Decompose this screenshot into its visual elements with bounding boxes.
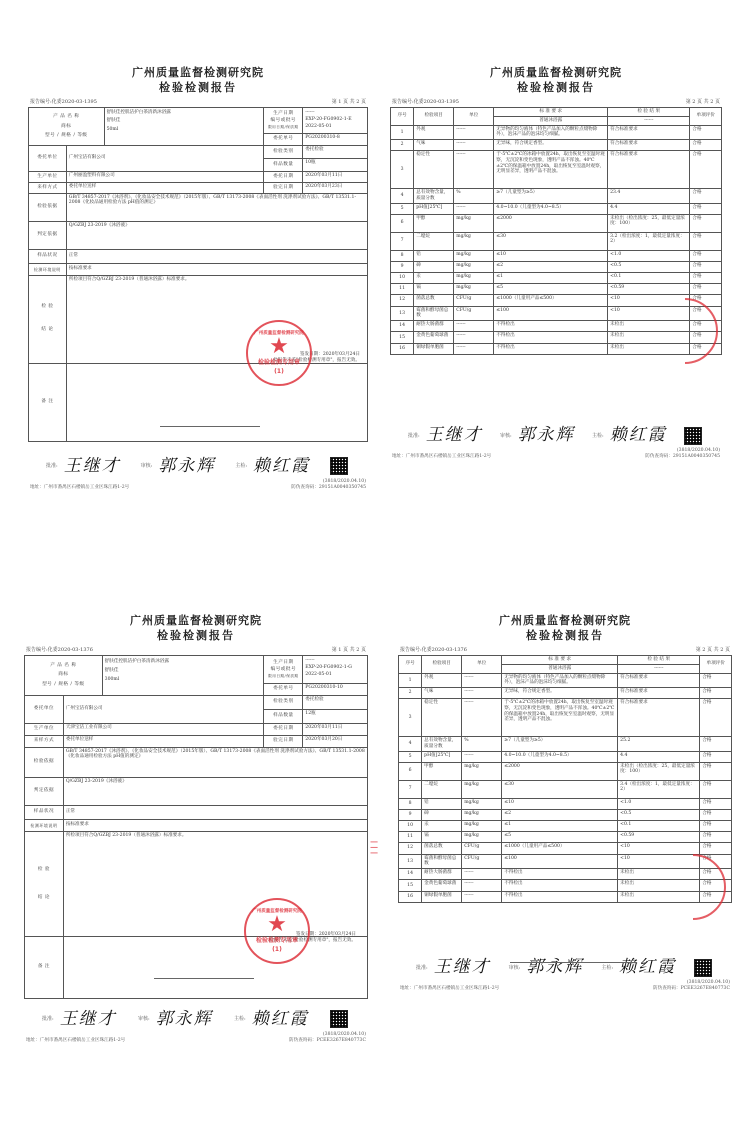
report-number: 报告编号:化委2020-03-1395: [392, 99, 459, 105]
model-label: 型号 / 规格 / 等级: [27, 680, 100, 690]
address: 地址：广州市番禺区石楼镇岳工业区珠江路1-2号: [392, 454, 491, 460]
cell-standard: ≥7（儿童型为≥5）: [494, 189, 608, 203]
batch-number: EXP-20-FG0902-1-E: [305, 116, 365, 123]
cell-result: 符合标准要求: [618, 688, 700, 699]
cell-result: 符合标准要求: [618, 699, 700, 737]
cell-standard: ≤1: [494, 272, 608, 283]
page-info: 第 1 页 共 2 页: [332, 647, 366, 653]
cell-item: 甲醇: [422, 762, 462, 780]
results-table: 序号 检验项目 单位 标 准 要 求 检 验 结 果 单项评价 普通沐浴露 --…: [390, 107, 722, 355]
cell-result: <10: [618, 854, 700, 868]
cell-unit: ------: [462, 699, 502, 737]
table-row: 15金黄色葡萄球菌------不得检出未检出合格: [391, 332, 722, 344]
cell-standard: 无异味，符合规定香型。: [502, 688, 618, 699]
cell-standard: ≤100: [494, 306, 608, 320]
cell-verdict: 合格: [700, 798, 732, 809]
cell-result: 未检出: [608, 332, 690, 344]
cell-unit: %: [462, 737, 502, 751]
cell-result: 23.4: [608, 189, 690, 203]
cell-result: 未检出（检出浓度：25，最低定量浓度：100）: [608, 214, 690, 232]
info-table: 产 品 名 称 商标 型号 / 规格 / 等级 舒肤佳控肌洁护白茶清新沐浴露 舒…: [24, 655, 368, 999]
cell-standard: 不得检出: [502, 869, 618, 880]
table-row: 16铜绿假单胞菌------不得检出未检出合格: [399, 892, 732, 903]
cell-result: <10: [608, 306, 690, 320]
table-row: 13霉菌和酵母菌总数CFU/g≤100<10合格: [391, 306, 722, 320]
entrust-date-label: 委托日期: [264, 723, 303, 735]
table-row: 4总有效物含量，质量分数%≥7（儿童型为≥5）25.2合格: [399, 737, 732, 751]
table-row: 13霉菌和酵母菌总数CFU/g≤100<10合格: [399, 854, 732, 868]
table-row: 8铅mg/kg≤10<1.0合格: [399, 798, 732, 809]
cell-no: 4: [399, 737, 422, 751]
cell-unit: mg/kg: [454, 261, 494, 272]
cell-item: 二噁烷: [414, 232, 454, 250]
cell-standard: ≤30: [502, 780, 618, 798]
verify-code: 防伪查询码：29151A0040350745: [291, 485, 366, 491]
brand-label: 商标: [31, 122, 102, 131]
table-row: 9砷mg/kg≤2<0.5合格: [391, 261, 722, 272]
cell-no: 14: [399, 869, 422, 880]
qr-code-icon: [330, 457, 348, 475]
cell-item: 金黄色葡萄球菌: [414, 332, 454, 344]
cell-result: 符合标准要求: [608, 151, 690, 189]
cell-no: 10: [399, 820, 422, 831]
finish-date-label: 验完日期: [264, 735, 303, 747]
cell-standard: ≤1000（儿童用产品≤500）: [502, 842, 618, 854]
page-footer: 地址：广州市番禺区石楼镇岳工业区珠江路1-2号 (3818/2020.04.10…: [28, 479, 368, 490]
table-row: 16铜绿假单胞菌------不得检出未检出合格: [391, 344, 722, 355]
status: 正常: [66, 249, 367, 263]
cell-result: 25.2: [618, 737, 700, 751]
cell-result: <0.5: [608, 261, 690, 272]
institute-name: 广州质量监督检测研究院: [28, 66, 368, 80]
cell-item: 稳定性: [414, 151, 454, 189]
table-row: 12菌落总数CFU/g≤1000（儿童用产品≤500）<10合格: [391, 294, 722, 306]
judge: Q/GZBJ 23-2019《沐浴液》: [63, 777, 367, 805]
col-result: 检 验 结 果: [618, 655, 700, 664]
inspect-signature: 主检:赖红霞: [235, 456, 310, 477]
cell-verdict: 合格: [690, 140, 722, 151]
cell-standard: ≤2: [494, 261, 608, 272]
address: 地址：广州市番禺区石楼镇岳工业区珠江路1-2号: [400, 986, 499, 992]
cell-unit: mg/kg: [462, 780, 502, 798]
cell-no: 16: [399, 892, 422, 903]
producer: 天津宝洁工业有限公司: [63, 723, 264, 735]
finish-date: 2020年03月20日: [303, 735, 368, 747]
cell-verdict: 合格: [690, 151, 722, 189]
sample-qty-label: 样品数量: [264, 709, 303, 723]
cell-item: 铜绿假单胞菌: [422, 892, 462, 903]
status: 正常: [63, 805, 367, 819]
client: 广州宝洁有限公司: [66, 145, 264, 171]
divider-line: [160, 426, 260, 427]
spec: 50ml: [107, 126, 262, 135]
page-footer: 地址：广州市番禺区石楼镇岳工业区珠江路1-2号 (3818/2020.04.10…: [398, 980, 732, 991]
cell-item: 气味: [422, 688, 462, 699]
expiry-label: 限用日期/保质期: [266, 125, 300, 131]
prod-date: ------: [305, 109, 365, 116]
cell-result: 符合标准要求: [618, 673, 700, 687]
table-row: 6甲醇mg/kg≤2000未检出（检出浓度：25，最低定量浓度：100）合格: [399, 762, 732, 780]
seam-stamp-mark: ┃ ┃ ┃: [370, 840, 377, 855]
cell-no: 15: [391, 332, 414, 344]
approve-label: 批准:: [408, 433, 420, 439]
cell-standard: ≤100: [502, 854, 618, 868]
review-signature: 审核:郭永辉: [141, 456, 216, 477]
order-no: PG20200310-8: [303, 133, 368, 145]
report-meta: 报告编号:化委2020-03-1376 第 1 页 共 2 页: [24, 647, 368, 653]
order-no-label: 委托单号: [264, 133, 303, 145]
sampling: 委托单位送样: [63, 735, 264, 747]
approve-signature: 批准:王继才: [416, 957, 491, 978]
cell-verdict: 合格: [700, 869, 732, 880]
cell-standard: 不得检出: [494, 321, 608, 332]
producer: 广州丽盈塑料有限公司: [66, 171, 264, 182]
report-meta: 报告编号:化委2020-03-1376 第 2 页 共 2 页: [398, 647, 732, 653]
col-standard-sub: 普通沐浴露: [502, 664, 618, 673]
cell-unit: ------: [454, 151, 494, 189]
cell-verdict: 合格: [700, 737, 732, 751]
inspect-type-label: 检验类别: [264, 145, 303, 158]
cell-standard: 无异味，符合规定香型。: [494, 140, 608, 151]
cell-result: <1.0: [618, 798, 700, 809]
inspect-signature: 主检:赖红霞: [592, 425, 667, 446]
cell-unit: mg/kg: [462, 762, 502, 780]
conclusion: 所检项目符合Q/GZBJ 23-2019（普通沐浴露）标准要求。: [66, 275, 367, 363]
results-table: 序号 检验项目 单位 标 准 要 求 检 验 结 果 单项评价 普通沐浴露 --…: [398, 655, 732, 903]
cell-item: 耐热大肠菌群: [414, 321, 454, 332]
cell-result: <10: [608, 294, 690, 306]
cell-item: 甲醇: [414, 214, 454, 232]
remark: [66, 363, 367, 441]
col-item: 检验项目: [422, 655, 462, 673]
product-name-label: 产 品 名 称: [31, 112, 102, 121]
env-label: 检测环境说明: [29, 263, 67, 275]
page-info: 第 1 页 共 2 页: [332, 99, 366, 105]
col-item: 检验项目: [414, 107, 454, 125]
table-row: 8铅mg/kg≤10<1.0合格: [391, 250, 722, 261]
cell-result: 4.4: [618, 751, 700, 762]
conclusion-label-1: 检 验: [27, 856, 61, 884]
cell-unit: ------: [462, 892, 502, 903]
table-row: 5pH值[25℃]------4.0~10.0（儿童型为4.0~8.5）4.4合…: [391, 203, 722, 214]
cell-standard: ≤30: [494, 232, 608, 250]
cell-unit: CFU/g: [454, 294, 494, 306]
cell-no: 5: [391, 203, 414, 214]
verify-code: 防伪查询码：PCEE3267E840773C: [653, 986, 730, 992]
report-1376-page-1: 广州质量监督检测研究院 检验检测报告 报告编号:化委2020-03-1376 第…: [24, 614, 368, 1043]
cell-unit: ------: [462, 751, 502, 762]
brand: 舒肤佳: [105, 666, 262, 675]
conclusion-label-1: 检 验: [31, 296, 64, 319]
cell-standard: 不得检出: [502, 880, 618, 892]
cell-item: 金黄色葡萄球菌: [422, 880, 462, 892]
batch-label: 编号或批号: [266, 117, 300, 124]
table-row: 12菌落总数CFU/g≤1000（儿童用产品≤500）<10合格: [399, 842, 732, 854]
table-row: 11镉mg/kg≤5<0.59合格: [399, 831, 732, 842]
cell-unit: %: [454, 189, 494, 203]
report-1376-page-2: 广州质量监督检测研究院 检验检测报告 报告编号:化委2020-03-1376 第…: [398, 614, 732, 992]
cell-result: <10: [618, 842, 700, 854]
cell-result: 3.2（检出浓度：1，最低定量浓度：2）: [608, 232, 690, 250]
entrust-date: 2020年03月11日: [303, 171, 368, 182]
validity-note: 此报告未盖"检验检测专用章"，报告无效。: [269, 938, 356, 944]
qr-code-icon: [684, 427, 702, 445]
cell-item: 稳定性: [422, 699, 462, 737]
producer-label: 生产单位: [29, 171, 67, 182]
cell-item: 二噁烷: [422, 780, 462, 798]
cell-result: 未检出: [608, 344, 690, 355]
cell-unit: ------: [454, 140, 494, 151]
review-label: 审核:: [138, 1016, 150, 1022]
table-row: 14耐热大肠菌群------不得检出未检出合格: [399, 869, 732, 880]
cell-no: 2: [399, 688, 422, 699]
cell-result: 未检出: [618, 880, 700, 892]
col-standard: 标 准 要 求: [494, 107, 608, 116]
cell-item: 总有效物含量，质量分数: [414, 189, 454, 203]
cell-unit: mg/kg: [454, 250, 494, 261]
divider-line: [510, 962, 636, 963]
report-title: 检验检测报告: [24, 629, 368, 643]
table-row: 11镉mg/kg≤5<0.59合格: [391, 283, 722, 294]
expiry-label: 限用日期/保质期: [266, 674, 300, 680]
model-label: 型号 / 规格 / 等级: [31, 131, 102, 140]
cell-unit: mg/kg: [462, 831, 502, 842]
client-label: 委托单位: [29, 145, 67, 171]
cell-unit: CFU/g: [462, 854, 502, 868]
cell-no: 4: [391, 189, 414, 203]
cell-result: 符合标准要求: [608, 140, 690, 151]
approve-name: 王继才: [434, 957, 491, 978]
cell-unit: mg/kg: [454, 232, 494, 250]
finish-date: 2020年03月23日: [303, 182, 368, 193]
divider-line: [154, 978, 254, 979]
cell-standard: 于-5℃±2℃的冰箱中放置24h，取出恢复至室温时观察，无沉淀和变色现象，透明产…: [494, 151, 608, 189]
cell-result: 未检出: [608, 321, 690, 332]
cell-no: 9: [399, 809, 422, 820]
report-1395-page-2: 广州质量监督检测研究院 检验检测报告 报告编号:化委2020-03-1395 第…: [390, 66, 722, 460]
qr-code-icon: [330, 1010, 348, 1028]
inspect-label: 主检:: [234, 1016, 246, 1022]
cell-verdict: 合格: [690, 232, 722, 250]
order-no-label: 委托单号: [264, 683, 303, 695]
cell-unit: mg/kg: [454, 214, 494, 232]
cell-verdict: 合格: [690, 272, 722, 283]
cell-no: 12: [399, 842, 422, 854]
cell-item: 铜绿假单胞菌: [414, 344, 454, 355]
page-header: 广州质量监督检测研究院 检验检测报告: [398, 614, 732, 643]
cell-verdict: 合格: [690, 344, 722, 355]
signature-row: 批准:王继才 审核:郭永辉 主检:赖红霞: [28, 456, 368, 477]
cell-item: 镉: [414, 283, 454, 294]
approve-signature: 批准:王继才: [46, 456, 121, 477]
validity-note: 此报告未盖"检验检测专用章"，报告无效。: [273, 358, 360, 364]
cell-result: 未检出: [618, 869, 700, 880]
cell-item: pH值[25℃]: [422, 751, 462, 762]
cell-verdict: 合格: [700, 831, 732, 842]
cell-item: 汞: [422, 820, 462, 831]
cell-verdict: 合格: [700, 699, 732, 737]
cell-no: 5: [399, 751, 422, 762]
cell-item: pH值[25℃]: [414, 203, 454, 214]
report-title: 检验检测报告: [28, 81, 368, 95]
report-number: 报告编号:化委2020-03-1395: [30, 99, 97, 105]
cell-no: 1: [391, 125, 414, 139]
col-standard-sub: 普通沐浴露: [494, 116, 608, 125]
prod-date: ------: [305, 657, 365, 664]
cell-item: 铅: [414, 250, 454, 261]
sampling-label: 来样方式: [25, 735, 64, 747]
page-header: 广州质量监督检测研究院 检验检测报告: [390, 66, 722, 95]
cell-no: 3: [391, 151, 414, 189]
cell-verdict: 合格: [700, 673, 732, 687]
cell-verdict: 合格: [690, 332, 722, 344]
report-meta: 报告编号:化委2020-03-1395 第 2 页 共 2 页: [390, 99, 722, 105]
cell-verdict: 合格: [690, 261, 722, 272]
inspect-type: 委托检验: [303, 695, 368, 709]
inspect-name: 赖红霞: [610, 425, 667, 446]
report-1395-page-1: 广州质量监督检测研究院 检验检测报告 报告编号:化委2020-03-1395 第…: [28, 66, 368, 490]
page-header: 广州质量监督检测研究院 检验检测报告: [28, 66, 368, 95]
col-unit: 单位: [454, 107, 494, 125]
env: 按标准要求: [66, 263, 367, 275]
cell-item: 菌落总数: [422, 842, 462, 854]
cell-no: 16: [391, 344, 414, 355]
approve-name: 王继才: [60, 1009, 117, 1030]
review-label: 审核:: [141, 463, 153, 469]
cell-result: 4.4: [608, 203, 690, 214]
address: 地址：广州市番禺区石楼镇岳工业区珠江路1-2号: [26, 1038, 125, 1044]
product-name: 舒肤佳控肌洁护白茶清新沐浴露: [105, 657, 262, 666]
approve-label: 批准:: [46, 463, 58, 469]
cell-unit: CFU/g: [462, 842, 502, 854]
cell-unit: mg/kg: [454, 272, 494, 283]
col-result-sub: ------: [608, 116, 690, 125]
cell-verdict: 合格: [700, 880, 732, 892]
cell-result: <1.0: [608, 250, 690, 261]
product-name-label: 产 品 名 称: [27, 661, 100, 671]
address: 地址：广州市番禺区石楼镇岳工业区珠江路1-2号: [30, 485, 129, 491]
sample-qty: 10瓶: [303, 158, 368, 171]
inspect-name: 赖红霞: [619, 957, 676, 978]
table-row: 10汞mg/kg≤1<0.1合格: [399, 820, 732, 831]
report-title: 检验检测报告: [398, 629, 732, 643]
cell-verdict: 合格: [700, 820, 732, 831]
entrust-date-label: 委托日期: [264, 171, 303, 182]
page-info: 第 2 页 共 2 页: [696, 647, 730, 653]
judge-label: 判定依据: [29, 221, 67, 249]
approve-name: 王继才: [64, 456, 121, 477]
cell-unit: ------: [462, 688, 502, 699]
env-label: 检测环境说明: [25, 819, 64, 831]
inspect-name: 赖红霞: [252, 1009, 309, 1030]
cell-unit: ------: [462, 869, 502, 880]
cell-item: 镉: [422, 831, 462, 842]
approve-label: 批准:: [416, 965, 428, 971]
cell-no: 11: [391, 283, 414, 294]
entrust-date: 2020年03月11日: [303, 723, 368, 735]
cell-verdict: 合格: [700, 892, 732, 903]
basis-label: 检验依据: [29, 193, 67, 221]
sampling: 委托单位送样: [66, 182, 264, 193]
cell-verdict: 合格: [700, 762, 732, 780]
cell-verdict: 合格: [700, 854, 732, 868]
cell-no: 10: [391, 272, 414, 283]
batch-label: 编号或批号: [266, 666, 300, 673]
cell-no: 12: [391, 294, 414, 306]
cell-item: 砷: [422, 809, 462, 820]
table-row: 4总有效物含量，质量分数%≥7（儿童型为≥5）23.4合格: [391, 189, 722, 203]
cell-no: 13: [391, 306, 414, 320]
cell-unit: mg/kg: [462, 798, 502, 809]
institute-name: 广州质量监督检测研究院: [24, 614, 368, 628]
judge: Q/GZBJ 23-2019《沐浴液》: [66, 221, 367, 249]
basis: GB/T 34857-2017《沐浴剂》、《化妆品安全技术规范》（2015年版）…: [66, 193, 367, 221]
cell-verdict: 合格: [700, 842, 732, 854]
cell-no: 3: [399, 699, 422, 737]
cell-result: <0.59: [608, 283, 690, 294]
approve-label: 批准:: [42, 1016, 54, 1022]
cell-verdict: 合格: [690, 306, 722, 320]
cell-standard: 无异物的均匀液体（特色产品加入的颗粒点缀物除外），泡沫产品的泡沫均匀细腻。: [502, 673, 618, 687]
cell-standard: ≤2000: [502, 762, 618, 780]
cell-result: 未检出（检出浓度：25，最低定量浓度：100）: [618, 762, 700, 780]
cell-result: <0.1: [608, 272, 690, 283]
remark-label: 备 注: [25, 936, 64, 998]
cell-verdict: 合格: [690, 125, 722, 139]
table-row: 7二噁烷mg/kg≤303.4（检出浓度：1，最低定量浓度：2）合格: [399, 780, 732, 798]
col-verdict: 单项评价: [690, 107, 722, 125]
review-name: 郭永辉: [526, 957, 583, 978]
cell-unit: ------: [462, 673, 502, 687]
page-header: 广州质量监督检测研究院 检验检测报告: [24, 614, 368, 643]
cell-verdict: 合格: [690, 321, 722, 332]
finish-date-label: 验完日期: [264, 182, 303, 193]
table-row: 3稳定性------于-5℃±2℃的冰箱中放置24h，取出恢复至室温时观察，无沉…: [391, 151, 722, 189]
cell-verdict: 合格: [700, 809, 732, 820]
cell-no: 7: [399, 780, 422, 798]
cell-unit: ------: [454, 125, 494, 139]
basis: GB/T 34857-2017《沐浴剂》、《化妆品安全技术规范》（2015年版）…: [63, 747, 367, 777]
cell-no: 6: [399, 762, 422, 780]
institute-name: 广州质量监督检测研究院: [398, 614, 732, 628]
stamp-note: 签发日期：2020年03月24日 此报告未盖"检验检测专用章"，报告无效。: [273, 352, 360, 363]
order-no: PG20200310-10: [303, 683, 368, 695]
table-row: 5pH值[25℃]------4.0~10.0（儿童型为4.0~8.5）4.4合…: [399, 751, 732, 762]
cell-no: 7: [391, 232, 414, 250]
cell-item: 汞: [414, 272, 454, 283]
cell-unit: ------: [454, 321, 494, 332]
table-row: 15金黄色葡萄球菌------不得检出未检出合格: [399, 880, 732, 892]
cell-unit: ------: [454, 332, 494, 344]
batch-number: EXP-20-FG0902-1-G: [305, 664, 365, 671]
cell-no: 1: [399, 673, 422, 687]
approve-name: 王继才: [426, 425, 483, 446]
conclusion-label-2: 结 论: [27, 884, 61, 912]
table-row: 14耐热大肠菌群------不得检出未检出合格: [391, 321, 722, 332]
review-name: 郭永辉: [158, 456, 215, 477]
review-signature: 审核:郭永辉: [500, 425, 575, 446]
cell-no: 14: [391, 321, 414, 332]
table-row: 10汞mg/kg≤1<0.1合格: [391, 272, 722, 283]
table-row: 3稳定性------于-5℃±2℃的冰箱中放置24h，取出恢复至室温时观察，无沉…: [399, 699, 732, 737]
brand-label: 商标: [27, 670, 100, 680]
col-no: 序号: [391, 107, 414, 125]
cell-item: 外观: [414, 125, 454, 139]
cell-result: <0.1: [618, 820, 700, 831]
table-row: 1外观------无异物的均匀液体（特色产品加入的颗粒点缀物除外），泡沫产品的泡…: [391, 125, 722, 139]
cell-no: 8: [399, 798, 422, 809]
inspect-name: 赖红霞: [253, 456, 310, 477]
